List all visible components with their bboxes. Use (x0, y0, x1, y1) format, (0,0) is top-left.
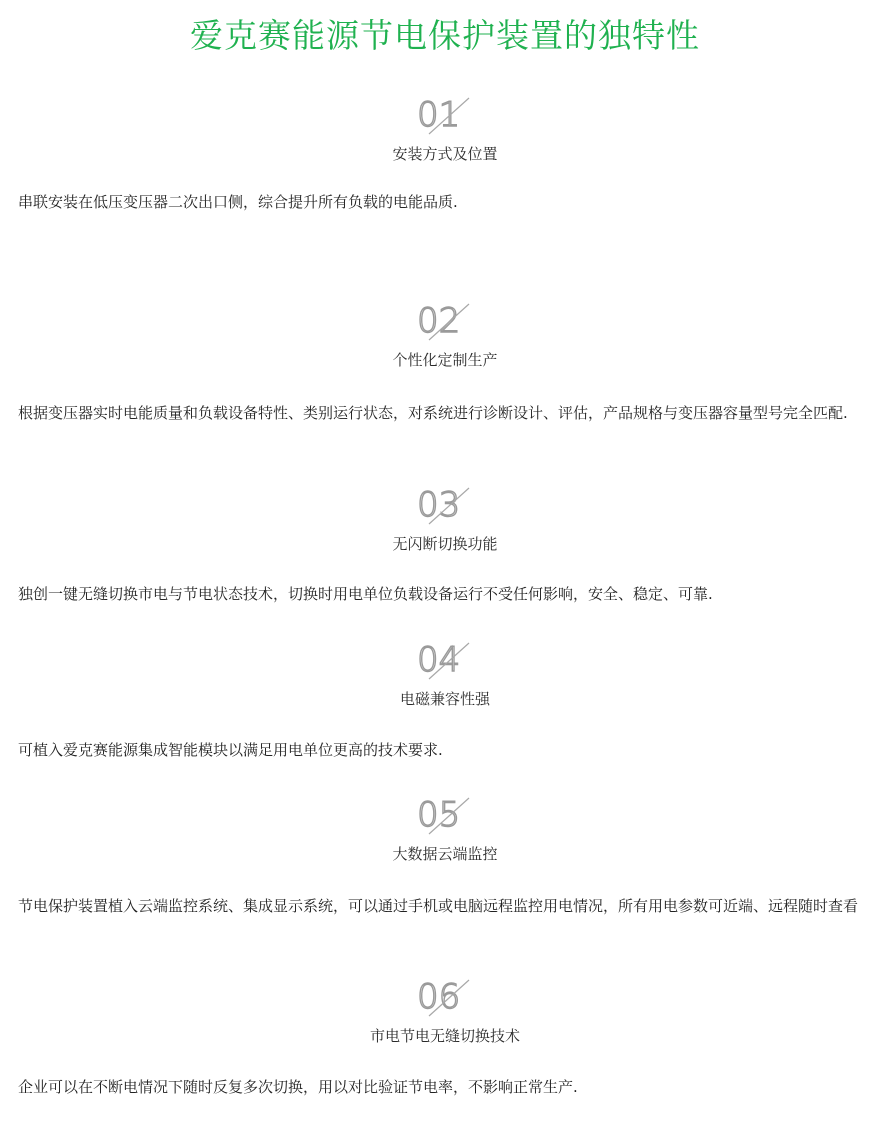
feature-heading: 安装方式及位置 (0, 144, 890, 164)
feature-description: 节电保护装置植入云端监控系统、集成显示系统，可以通过手机或电脑远程监控用电情况，… (18, 891, 878, 921)
feature-heading: 无闪断切换功能 (0, 534, 890, 554)
svg-text:06: 06 (417, 977, 460, 1017)
feature-number-03: 03 (0, 478, 890, 528)
feature-heading: 市电节电无缝切换技术 (0, 1026, 890, 1046)
svg-text:03: 03 (417, 485, 460, 525)
svg-text:01: 01 (417, 95, 460, 135)
svg-text:05: 05 (417, 795, 460, 835)
feature-heading: 电磁兼容性强 (0, 689, 890, 709)
feature-number-02: 02 (0, 294, 890, 344)
feature-number-01: 01 (0, 88, 890, 138)
feature-description: 根据变压器实时电能质量和负载设备特性、类别运行状态，对系统进行诊断设计、评估，产… (18, 398, 878, 428)
feature-number-06: 06 (0, 970, 890, 1020)
feature-number-04: 04 (0, 633, 890, 683)
feature-description: 企业可以在不断电情况下随时反复多次切换，用以对比验证节电率，不影响正常生产. (18, 1072, 878, 1102)
feature-number-05: 05 (0, 788, 890, 838)
feature-description: 串联安装在低压变压器二次出口侧，综合提升所有负载的电能品质. (18, 187, 878, 217)
feature-description: 可植入爱克赛能源集成智能模块以满足用电单位更高的技术要求. (18, 735, 878, 765)
number-03-graphic: 03 (413, 478, 473, 528)
svg-text:02: 02 (417, 301, 460, 341)
feature-heading: 个性化定制生产 (0, 350, 890, 370)
feature-heading: 大数据云端监控 (0, 844, 890, 864)
svg-text:04: 04 (417, 640, 460, 680)
number-02-graphic: 02 (413, 294, 473, 344)
number-06-graphic: 06 (413, 970, 473, 1020)
number-01-graphic: 01 (413, 88, 473, 138)
page-title: 爱克赛能源节电保护装置的独特性 (0, 14, 890, 58)
feature-description: 独创一键无缝切换市电与节电状态技术，切换时用电单位负载设备运行不受任何影响，安全… (18, 579, 878, 609)
number-04-graphic: 04 (413, 633, 473, 683)
number-05-graphic: 05 (413, 788, 473, 838)
